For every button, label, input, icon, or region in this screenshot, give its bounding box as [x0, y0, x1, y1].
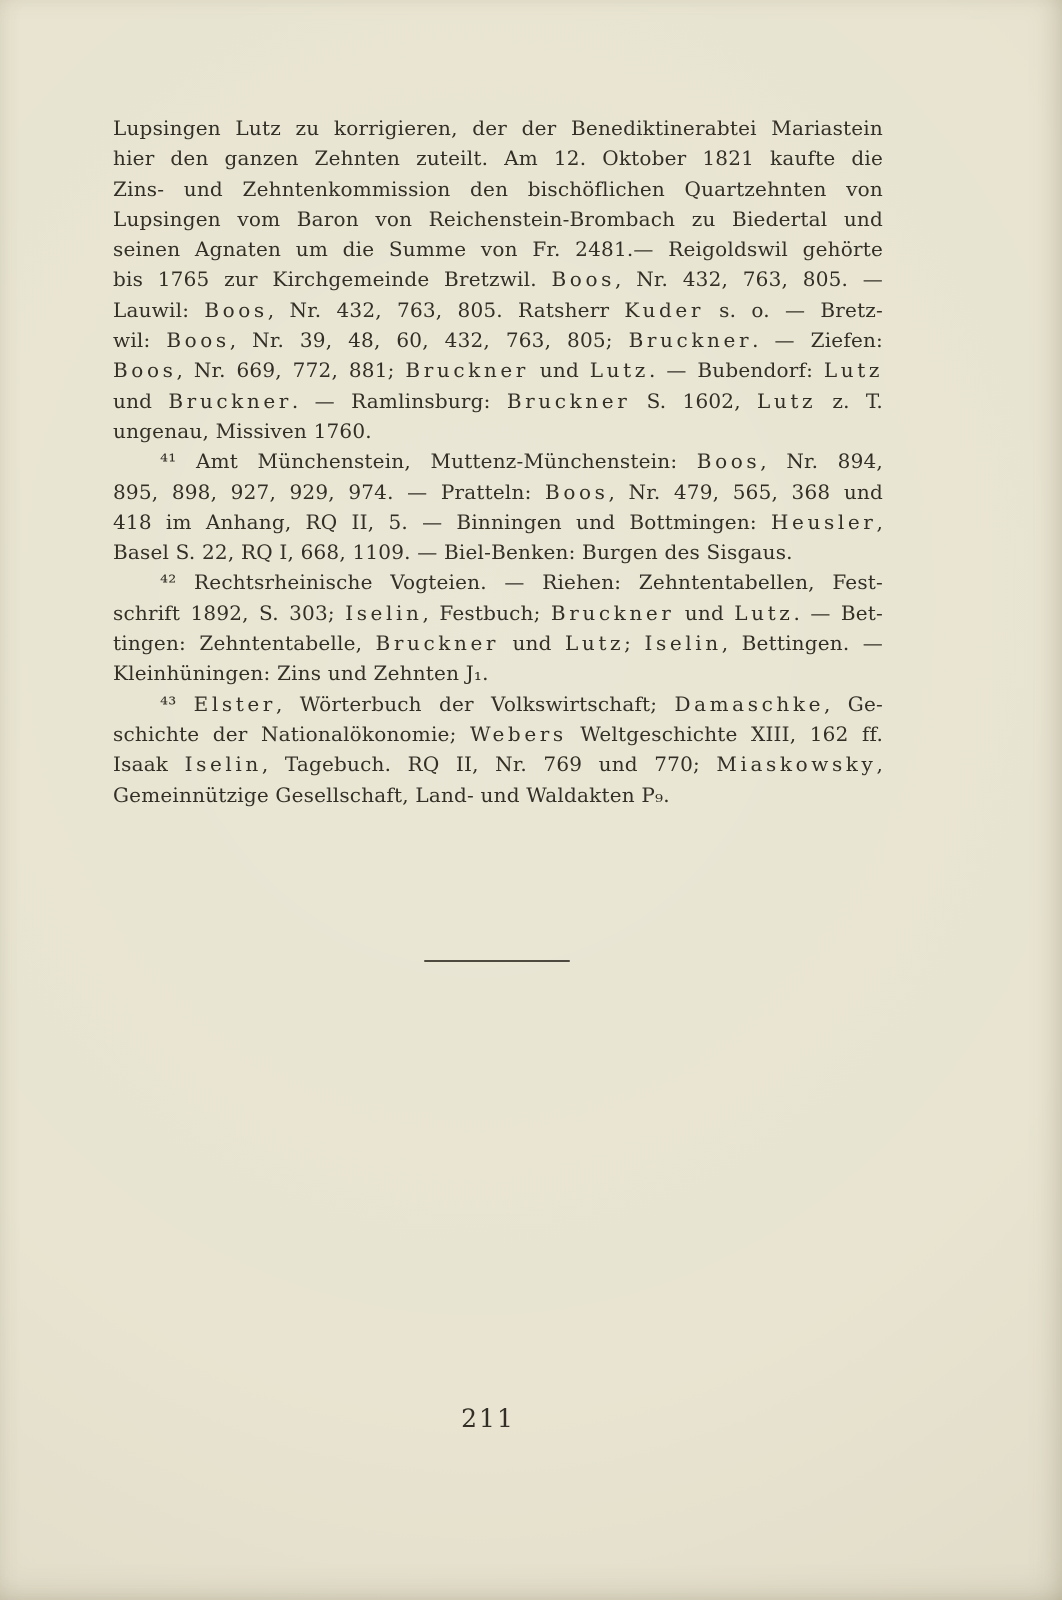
letterspaced-name: Heusler: [771, 510, 876, 534]
page-number: 211: [0, 1404, 976, 1433]
text-segment: ,: [876, 752, 883, 776]
text-line: Boos, Nr. 669, 772, 881; Bruckner und Lu…: [113, 355, 883, 385]
text-segment: Weltgeschichte XIII, 162 ff.: [567, 722, 883, 746]
text-segment: , Ge-: [824, 692, 883, 716]
text-line: seinen Agnaten um die Summe von Fr. 2481…: [113, 234, 883, 264]
text-segment: 895, 898, 927, 929, 974. — Pratteln:: [113, 480, 545, 504]
text-line: ⁴³ Elster, Wörterbuch der Volkswirtschaf…: [113, 689, 883, 719]
letterspaced-name: Lutz: [734, 601, 793, 625]
text-segment: bis 1765 zur Kirchgemeinde Bretzwil.: [113, 267, 552, 291]
letterspaced-name: Lutz: [757, 389, 816, 413]
letterspaced-name: Miaskowsky: [716, 752, 876, 776]
text-segment: Gemeinnützige Gesellschaft, Land- und Wa…: [113, 783, 670, 807]
text-segment: ;: [624, 631, 644, 655]
text-segment: , Tagebuch. RQ II, Nr. 769 und 770;: [262, 752, 717, 776]
text-segment: . — Ziefen:: [752, 328, 883, 352]
text-segment: , Wörterbuch der Volkswirtschaft;: [276, 692, 674, 716]
text-segment: Basel S. 22, RQ I, 668, 1109. — Biel-Ben…: [113, 540, 793, 564]
letterspaced-name: Boos: [697, 449, 760, 473]
text-segment: wil:: [113, 328, 166, 352]
book-page: Lupsingen Lutz zu korrigieren, der der B…: [0, 0, 1062, 1600]
letterspaced-name: Bruckner: [629, 328, 753, 352]
text-segment: und: [529, 358, 590, 382]
text-segment: , Nr. 479, 565, 368 und: [609, 480, 884, 504]
text-segment: ⁴² Rechtsrheinische Vogteien. — Riehen: …: [160, 570, 883, 594]
letterspaced-name: Elster: [194, 692, 276, 716]
letterspaced-name: Boos: [204, 298, 267, 322]
text-segment: und: [674, 601, 734, 625]
text-segment: tingen: Zehntentabelle,: [113, 631, 376, 655]
text-line: Gemeinnützige Gesellschaft, Land- und Wa…: [113, 780, 883, 810]
letterspaced-name: Bruckner: [551, 601, 675, 625]
text-line: 418 im Anhang, RQ II, 5. — Binningen und…: [113, 507, 883, 537]
text-line: ungenau, Missiven 1760.: [113, 416, 883, 446]
text-line: hier den ganzen Zehnten zuteilt. Am 12. …: [113, 143, 883, 173]
text-segment: seinen Agnaten um die Summe von Fr. 2481…: [113, 237, 883, 261]
letterspaced-name: Bruckner: [376, 631, 500, 655]
text-segment: hier den ganzen Zehnten zuteilt. Am 12. …: [113, 146, 883, 170]
text-line: wil: Boos, Nr. 39, 48, 60, 432, 763, 805…: [113, 325, 883, 355]
letterspaced-name: Iselin: [644, 631, 721, 655]
letterspaced-name: Damaschke: [674, 692, 824, 716]
text-segment: und: [499, 631, 565, 655]
text-line: ⁴¹ Amt Münchenstein, Muttenz-Münchenstei…: [113, 446, 883, 476]
text-segment: Lauwil:: [113, 298, 204, 322]
text-line: Kleinhüningen: Zins und Zehnten J₁.: [113, 658, 883, 688]
text-segment: Zins- und Zehntenkommission den bischöfl…: [113, 177, 883, 201]
text-segment: ⁴³: [160, 692, 194, 716]
text-segment: , Nr. 894,: [760, 449, 883, 473]
text-segment: 418 im Anhang, RQ II, 5. — Binningen und…: [113, 510, 771, 534]
text-segment: ⁴¹ Amt Münchenstein, Muttenz-Münchenstei…: [160, 449, 697, 473]
text-segment: . — Bet-: [793, 601, 883, 625]
letterspaced-name: Iselin: [185, 752, 262, 776]
text-line: ⁴² Rechtsrheinische Vogteien. — Riehen: …: [113, 567, 883, 597]
letterspaced-name: Bruckner: [405, 358, 529, 382]
text-line: 895, 898, 927, 929, 974. — Pratteln: Boo…: [113, 477, 883, 507]
text-segment: , Festbuch;: [422, 601, 550, 625]
text-segment: , Nr. 669, 772, 881;: [176, 358, 405, 382]
text-segment: Isaak: [113, 752, 185, 776]
text-line: Zins- und Zehntenkommission den bischöfl…: [113, 174, 883, 204]
text-segment: . — Ramlinsburg:: [292, 389, 507, 413]
text-line: Lupsingen vom Baron von Reichenstein-Bro…: [113, 204, 883, 234]
text-segment: ungenau, Missiven 1760.: [113, 419, 372, 443]
text-segment: und: [113, 389, 168, 413]
letterspaced-name: Lutz: [590, 358, 649, 382]
text-line: Lupsingen Lutz zu korrigieren, der der B…: [113, 113, 883, 143]
text-segment: Lupsingen Lutz zu korrigieren, der der B…: [113, 116, 883, 140]
text-segment: z. T.: [816, 389, 883, 413]
text-segment: , Nr. 39, 48, 60, 432, 763, 805;: [230, 328, 629, 352]
text-line: Isaak Iselin, Tagebuch. RQ II, Nr. 769 u…: [113, 749, 883, 779]
letterspaced-name: Kuder: [624, 298, 704, 322]
section-divider: [424, 960, 570, 962]
text-segment: . — Bubendorf:: [649, 358, 824, 382]
text-segment: , Nr. 432, 763, 805. Ratsherr: [268, 298, 625, 322]
letterspaced-name: Boos: [552, 267, 615, 291]
text-line: Lauwil: Boos, Nr. 432, 763, 805. Ratsher…: [113, 295, 883, 325]
letterspaced-name: Webers: [470, 722, 567, 746]
letterspaced-name: Iselin: [345, 601, 422, 625]
text-segment: , Nr. 432, 763, 805. —: [615, 267, 883, 291]
letterspaced-name: Bruckner: [507, 389, 631, 413]
text-line: und Bruckner. — Ramlinsburg: Bruckner S.…: [113, 386, 883, 416]
letterspaced-name: Boos: [166, 328, 229, 352]
text-line: tingen: Zehntentabelle, Bruckner und Lut…: [113, 628, 883, 658]
text-segment: schichte der Nationalökonomie;: [113, 722, 470, 746]
letterspaced-name: Lutz: [565, 631, 624, 655]
page-text: Lupsingen Lutz zu korrigieren, der der B…: [113, 113, 883, 810]
text-segment: Kleinhüningen: Zins und Zehnten J₁.: [113, 661, 489, 685]
letterspaced-name: Bruckner: [168, 389, 292, 413]
letterspaced-name: Boos: [113, 358, 176, 382]
text-segment: , Bettingen. —: [722, 631, 883, 655]
text-line: Basel S. 22, RQ I, 668, 1109. — Biel-Ben…: [113, 537, 883, 567]
text-line: schrift 1892, S. 303; Iselin, Festbuch; …: [113, 598, 883, 628]
text-segment: ,: [876, 510, 883, 534]
letterspaced-name: Lutz: [824, 358, 883, 382]
text-segment: S. 1602,: [630, 389, 757, 413]
text-segment: Lupsingen vom Baron von Reichenstein-Bro…: [113, 207, 883, 231]
text-line: schichte der Nationalökonomie; Webers We…: [113, 719, 883, 749]
text-line: bis 1765 zur Kirchgemeinde Bretzwil. Boo…: [113, 264, 883, 294]
text-segment: schrift 1892, S. 303;: [113, 601, 345, 625]
text-segment: s. o. — Bretz-: [704, 298, 883, 322]
letterspaced-name: Boos: [545, 480, 608, 504]
